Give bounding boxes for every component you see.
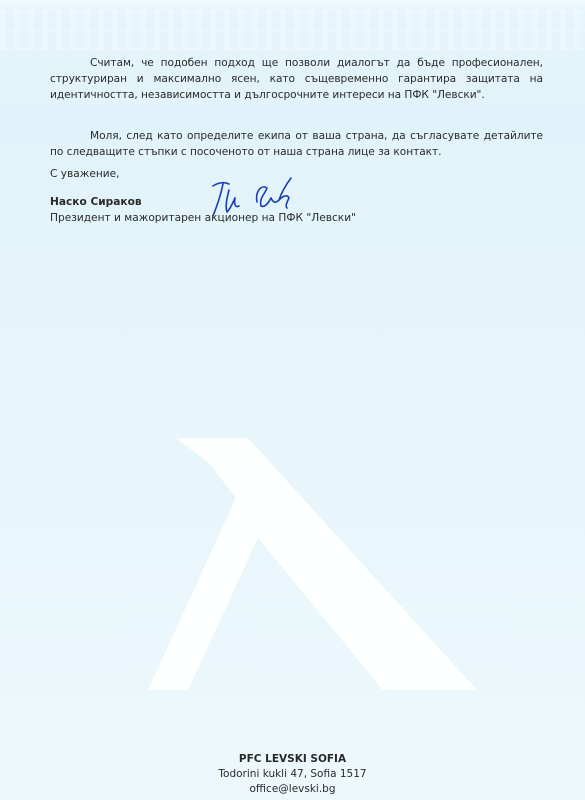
header-texture	[0, 10, 585, 50]
paragraph-2-text: Моля, след като определите екипа от ваша…	[50, 130, 543, 158]
paragraph-1: Считам, че подобен подход ще позволи диа…	[50, 55, 543, 103]
lambda-logo-icon	[148, 420, 478, 690]
footer-organization: PFC LEVSKI SOFIA	[0, 753, 585, 765]
footer-email[interactable]: office@levski.bg	[0, 783, 585, 795]
letter-page: Считам, че подобен подход ще позволи диа…	[0, 0, 585, 800]
closing: С уважение,	[50, 168, 120, 180]
signer-name: Наско Сираков	[50, 196, 142, 208]
footer-address: Todorini kukli 47, Sofia 1517	[0, 768, 585, 780]
signer-title: Президент и мажоритарен акционер на ПФК …	[50, 212, 356, 224]
paragraph-2: Моля, след като определите екипа от ваша…	[50, 128, 543, 160]
paragraph-1-text: Считам, че подобен подход ще позволи диа…	[50, 57, 543, 101]
